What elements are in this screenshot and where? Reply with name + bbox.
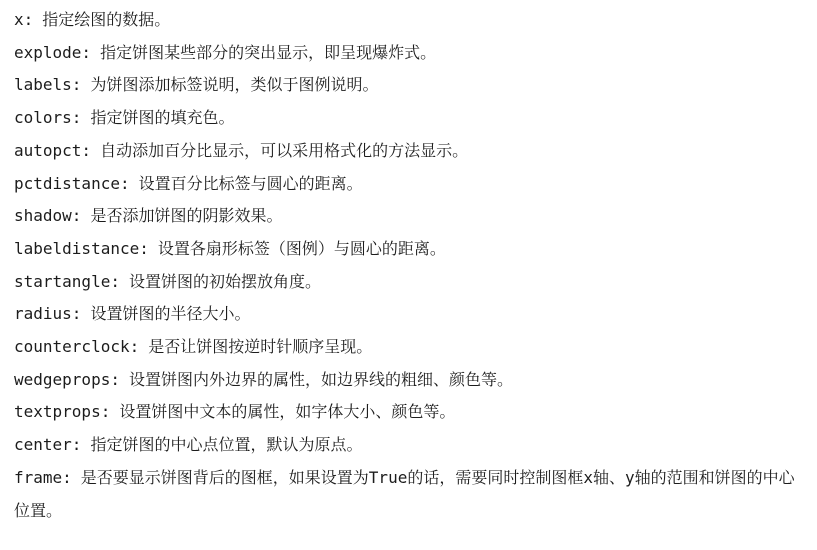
param-name: wedgeprops: (14, 370, 120, 389)
param-description: 指定饼图的中心点位置，默认为原点。 (90, 435, 362, 454)
param-name: textprops: (14, 402, 110, 421)
document-page: x:指定绘图的数据。 explode:指定饼图某些部分的突出显示，即呈现爆炸式。… (0, 0, 817, 550)
param-line: frame:是否要显示饼图背后的图框，如果设置为True的话，需要同时控制图框x… (14, 462, 801, 527)
param-line: radius:设置饼图的半径大小。 (14, 298, 801, 331)
param-description: 为饼图添加标签说明，类似于图例说明。 (90, 75, 378, 94)
param-description: 自动添加百分比显示，可以采用格式化的方法显示。 (100, 141, 468, 160)
param-line: labeldistance:设置各扇形标签（图例）与圆心的距离。 (14, 233, 801, 266)
param-name: startangle: (14, 272, 120, 291)
param-description: 是否要显示饼图背后的图框，如果设置为True的话，需要同时控制图框x轴、y轴的范… (14, 468, 795, 520)
param-line: colors:指定饼图的填充色。 (14, 102, 801, 135)
param-line: textprops:设置饼图中文本的属性，如字体大小、颜色等。 (14, 396, 801, 429)
param-name: counterclock: (14, 337, 139, 356)
param-line: center:指定饼图的中心点位置，默认为原点。 (14, 429, 801, 462)
param-description: 指定饼图的填充色。 (90, 108, 234, 127)
param-name: radius: (14, 304, 81, 323)
param-line: counterclock:是否让饼图按逆时针顺序呈现。 (14, 331, 801, 364)
param-line: x:指定绘图的数据。 (14, 4, 801, 37)
param-line: wedgeprops:设置饼图内外边界的属性，如边界线的粗细、颜色等。 (14, 364, 801, 397)
param-description: 指定绘图的数据。 (42, 10, 170, 29)
param-name: labels: (14, 75, 81, 94)
param-line: autopct:自动添加百分比显示，可以采用格式化的方法显示。 (14, 135, 801, 168)
param-name: shadow: (14, 206, 81, 225)
param-name: explode: (14, 43, 91, 62)
param-name: center: (14, 435, 81, 454)
param-line: shadow:是否添加饼图的阴影效果。 (14, 200, 801, 233)
param-line: pctdistance:设置百分比标签与圆心的距离。 (14, 168, 801, 201)
param-description: 是否添加饼图的阴影效果。 (90, 206, 282, 225)
param-line: labels:为饼图添加标签说明，类似于图例说明。 (14, 69, 801, 102)
param-description: 指定饼图某些部分的突出显示，即呈现爆炸式。 (100, 43, 436, 62)
param-description: 设置百分比标签与圆心的距离。 (139, 174, 363, 193)
param-description: 设置各扇形标签（图例）与圆心的距离。 (158, 239, 446, 258)
param-description: 设置饼图的初始摆放角度。 (129, 272, 321, 291)
param-description: 设置饼图的半径大小。 (90, 304, 250, 323)
param-line: startangle:设置饼图的初始摆放角度。 (14, 266, 801, 299)
param-name: labeldistance: (14, 239, 149, 258)
param-name: autopct: (14, 141, 91, 160)
param-name: x: (14, 10, 33, 29)
param-name: pctdistance: (14, 174, 130, 193)
param-description: 设置饼图内外边界的属性，如边界线的粗细、颜色等。 (129, 370, 513, 389)
param-name: colors: (14, 108, 81, 127)
param-line: explode:指定饼图某些部分的突出显示，即呈现爆炸式。 (14, 37, 801, 70)
param-description: 是否让饼图按逆时针顺序呈现。 (148, 337, 372, 356)
param-name: frame: (14, 468, 72, 487)
param-description: 设置饼图中文本的属性，如字体大小、颜色等。 (119, 402, 455, 421)
